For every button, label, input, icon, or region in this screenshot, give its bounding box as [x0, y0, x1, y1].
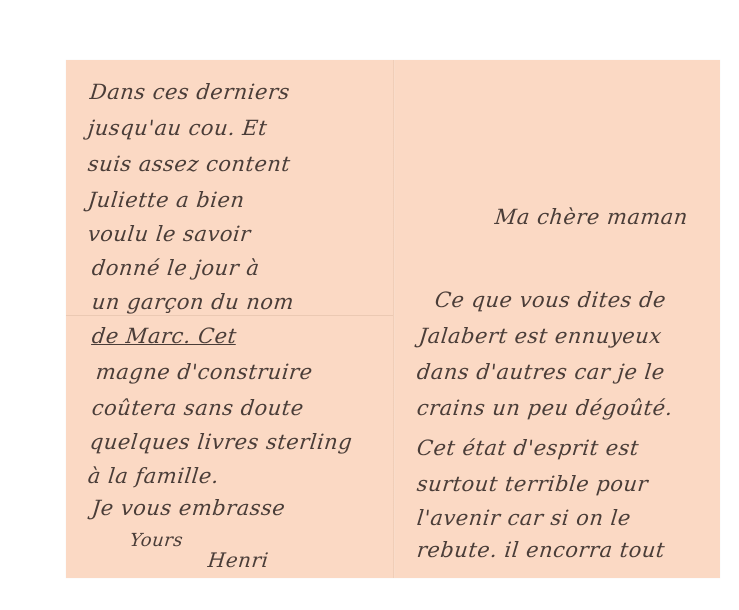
letter-sheet: Dans ces derniers jusqu'au cou. Et suis …	[66, 60, 720, 578]
text-line: jusqu'au cou. Et	[87, 116, 269, 140]
text-line: Juliette a bien	[87, 188, 246, 212]
text-line: crains un peu dégoûté.	[416, 396, 674, 420]
text-line: Ce que vous dites de	[434, 288, 668, 312]
text-line: un garçon du nom	[91, 290, 296, 314]
signature: Henri	[207, 548, 270, 572]
text-line: coûtera sans doute	[91, 396, 305, 420]
closing: Yours	[129, 530, 184, 551]
text-line: dans d'autres car je le	[416, 360, 666, 384]
text-line: Jalabert est ennuyeux	[418, 324, 663, 348]
text-line: magne d'construire	[95, 360, 314, 384]
text-line: Cet état d'esprit est	[416, 436, 641, 460]
text-line: de Marc. Cet	[91, 324, 238, 348]
text-line: rebute. il encorra tout	[416, 538, 666, 562]
text-line: donné le jour à	[91, 256, 261, 280]
text-line: Je vous embrasse	[91, 496, 287, 520]
right-page: Ma chère maman Ce que vous dites de Jala…	[395, 60, 720, 578]
text-line: suis assez content	[87, 152, 292, 176]
left-page: Dans ces derniers jusqu'au cou. Et suis …	[66, 60, 393, 578]
text-line: l'avenir car si on le	[416, 506, 632, 530]
text-line: surtout terrible pour	[416, 472, 650, 496]
salutation: Ma chère maman	[494, 205, 689, 229]
text-line: quelques livres sterling	[89, 430, 354, 454]
text-line: voulu le savoir	[87, 222, 252, 246]
text-line: Dans ces derniers	[89, 80, 291, 104]
text-line: à la famille.	[87, 464, 221, 488]
